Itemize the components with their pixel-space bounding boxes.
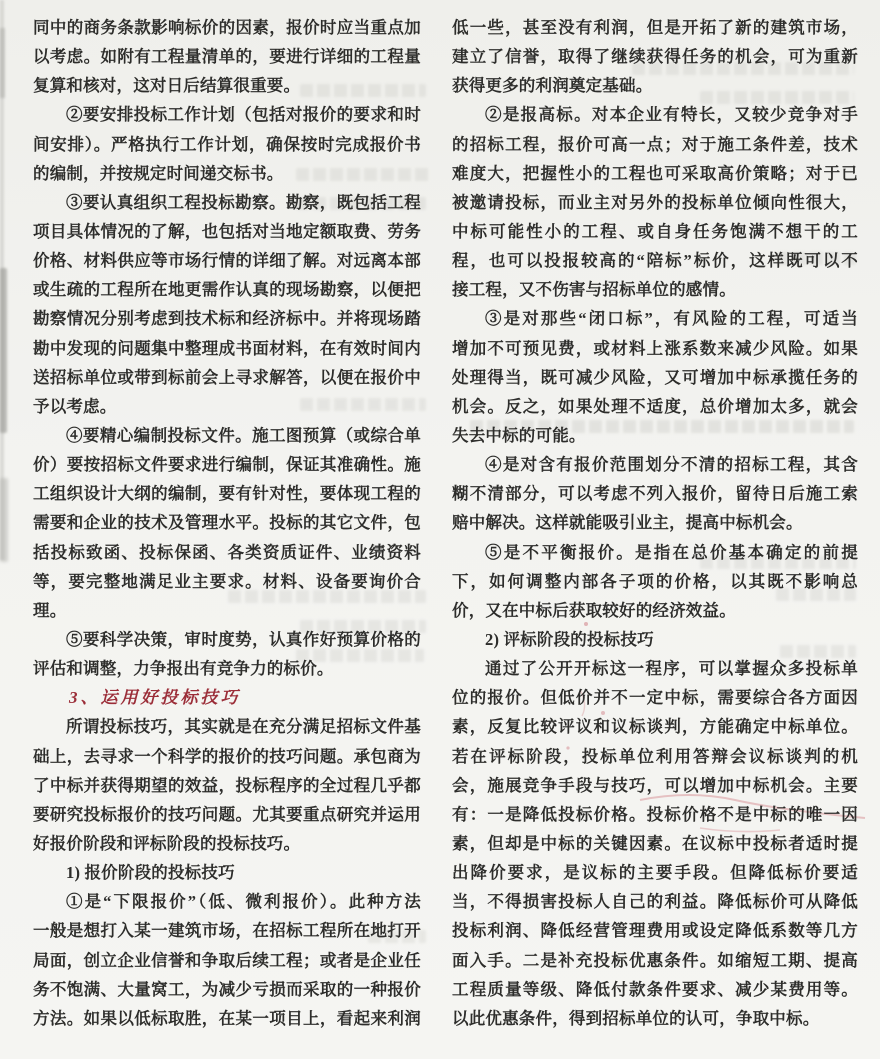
text-line: 价格、材料供应等市场行情的详细了解。对远离本部 (33, 246, 421, 275)
text-line: 了中标并获得期望的效益，投标程序的全过程几乎都 (33, 771, 421, 800)
text-line: 的编制，并按规定时间递交标书。 (33, 159, 421, 188)
text-line: 等，要完整地满足业主要求。材料、设备要询价合 (33, 567, 421, 596)
text-line: ③要认真组织工程投标勘察。勘察，既包括工程 (33, 188, 421, 217)
text-line: 增加不可预见费，或材料上涨系数来减少风险。如果 (452, 334, 858, 363)
text-line: 机会。反之，如果处理不适度，总价增加太多，就会 (452, 392, 858, 421)
text-line: 勘中发现的问题集中整理成书面材料，在有效时间内 (33, 334, 421, 363)
text-line: 建立了信誉，取得了继续获得任务的机会，可为重新 (452, 42, 858, 71)
text-line: 工程质量等级、降低付款条件要求、减少某费用等。 (452, 975, 858, 1004)
text-line: 糊不清部分，可以考虑不列入报价，留待日后施工索 (452, 479, 858, 508)
text-line: 好报价阶段和评标阶段的投标技巧。 (33, 829, 421, 858)
text-line: 理。 (33, 596, 421, 625)
text-line: 括投标致函、投标保函、各类资质证件、业绩资料 (33, 538, 421, 567)
text-line: ④要精心编制投标文件。施工图预算（或综合单 (33, 421, 421, 450)
text-line: 当，不得损害投标人自己的利益。降低标价可从降低 (452, 887, 858, 916)
text-line: 素，但却是中标的关键因素。在议标中投标者适时提 (452, 829, 858, 858)
section-heading-red: 3、运用好投标技巧 (33, 683, 421, 712)
text-line: 价）要按招标文件要求进行编制，保证其准确性。施 (33, 450, 421, 479)
text-line: 同中的商务条款影响标价的因素，报价时应当重点加 (33, 13, 421, 42)
book-page: 同中的商务条款影响标价的因素，报价时应当重点加以考虑。如附有工程量清单的，要进行… (0, 0, 880, 1059)
scan-smudge (0, 268, 7, 433)
text-line: ②是报高标。对本企业有特长，又较少竞争对手 (452, 100, 858, 129)
text-line: 难度大，把握性小的工程也可采取高价策略；对于已 (452, 159, 858, 188)
text-line: 程，也可以投报较高的“陪标”标价，这样既可以不 (452, 246, 858, 275)
text-line: 所谓投标技巧，其实就是在充分满足招标文件基 (33, 712, 421, 741)
text-line: 中标可能性小的工程、或自身任务饱满不想干的工 (452, 217, 858, 246)
text-line: 送招标单位或带到标前会上寻求解答，以便在报价中 (33, 363, 421, 392)
text-line: 需要和企业的技术及管理水平。投标的其它文件，包 (33, 508, 421, 537)
text-line: 有：一是降低投标价格。投标价格不是中标的唯一因 (452, 800, 858, 829)
text-line: 局面，创立企业信誉和争取后续工程；或者是企业任 (33, 946, 421, 975)
text-line: 方法。如果以低标取胜，在某一项目上，看起来利润 (33, 1004, 421, 1033)
scan-smudge (0, 28, 5, 98)
text-line: ②要安排投标工作计划（包括对报价的要求和时 (33, 100, 421, 129)
text-line: 项目具体情况的了解，也包括对当地定额取费、劳务 (33, 217, 421, 246)
text-line: ⑤是不平衡报价。是指在总价基本确定的前提 (452, 538, 858, 567)
text-line: 下，如何调整内部各子项的价格，以其既不影响总 (452, 567, 858, 596)
text-line: 价，又在中标后获取较好的经济效益。 (452, 596, 858, 625)
text-line: 出降价要求，是议标的主要手段。但降低标价要适 (452, 858, 858, 887)
text-line: 以此优惠条件，得到招标单位的认可，争取中标。 (452, 1004, 858, 1033)
scan-smudge (0, 478, 8, 562)
text-line: 务不饱满、大量窝工，为减少亏损而采取的一种报价 (33, 975, 421, 1004)
text-line: ⑤要科学决策，审时度势，认真作好预算价格的 (33, 625, 421, 654)
text-line: 勘察情况分别考虑到技术标和经济标中。并将现场踏 (33, 304, 421, 333)
text-line: 面入手。二是补充投标优惠条件。如缩短工期、提高 (452, 946, 858, 975)
subsection-heading: 1) 报价阶段的投标技巧 (33, 858, 421, 887)
text-line: 低一些，甚至没有利润，但是开拓了新的建筑市场， (452, 13, 858, 42)
text-line: 予以考虑。 (33, 392, 421, 421)
text-line: 的招标工程，报价可高一点；对于施工条件差，技术 (452, 130, 858, 159)
text-line: 以考虑。如附有工程量清单的，要进行详细的工程量 (33, 42, 421, 71)
text-line: 间安排）。严格执行工作计划，确保按时完成报价书 (33, 130, 421, 159)
text-line: 处理得当，既可减少风险，又可增加中标承揽任务的 (452, 363, 858, 392)
text-line: 接工程，又不伤害与招标单位的感情。 (452, 275, 858, 304)
text-line: 素，反复比较评议和议标谈判，方能确定中标单位。 (452, 712, 858, 741)
text-line: 或生疏的工程所在地更需作认真的现场勘察，以便把 (33, 275, 421, 304)
text-line: ①是“下限报价”（低、微利报价）。此种方法 (33, 887, 421, 916)
text-line: 工组织设计大纲的编制，要有针对性，要体现工程的 (33, 479, 421, 508)
text-line: 失去中标的可能。 (452, 421, 858, 450)
text-column-right: 低一些，甚至没有利润，但是开拓了新的建筑市场，建立了信誉，取得了继续获得任务的机… (452, 13, 858, 1033)
text-line: 要研究投标报价的技巧问题。尤其要重点研究并运用 (33, 800, 421, 829)
subsection-heading: 2) 评标阶段的投标技巧 (452, 625, 858, 654)
text-line: 础上，去寻求一个科学的报价的技巧问题。承包商为 (33, 742, 421, 771)
text-line: 会，施展竞争手段与技巧，可以增加中标机会。主要 (452, 771, 858, 800)
text-line: 位的报价。但低价并不一定中标，需要综合各方面因 (452, 683, 858, 712)
text-line: 投标利润、降低经营管理费用或设定降低系数等几方 (452, 916, 858, 945)
text-line: 一般是想打入某一建筑市场，在招标工程所在地打开 (33, 916, 421, 945)
text-line: 复算和核对，这对日后结算很重要。 (33, 71, 421, 100)
text-line: 通过了公开开标这一程序，可以掌握众多投标单 (452, 654, 858, 683)
text-line: 被邀请投标，而业主对另外的投标单位倾向性很大， (452, 188, 858, 217)
text-line: ③是对那些“闭口标”，有风险的工程，可适当 (452, 304, 858, 333)
text-line: 若在评标阶段，投标单位利用答辩会议标谈判的机 (452, 742, 858, 771)
text-line: ④是对含有报价范围划分不清的招标工程，其含 (452, 450, 858, 479)
text-line: 评估和调整，力争报出有竞争力的标价。 (33, 654, 421, 683)
text-line: 获得更多的利润奠定基础。 (452, 71, 858, 100)
text-column-left: 同中的商务条款影响标价的因素，报价时应当重点加以考虑。如附有工程量清单的，要进行… (33, 13, 421, 1033)
text-line: 赔中解决。这样就能吸引业主，提高中标机会。 (452, 508, 858, 537)
